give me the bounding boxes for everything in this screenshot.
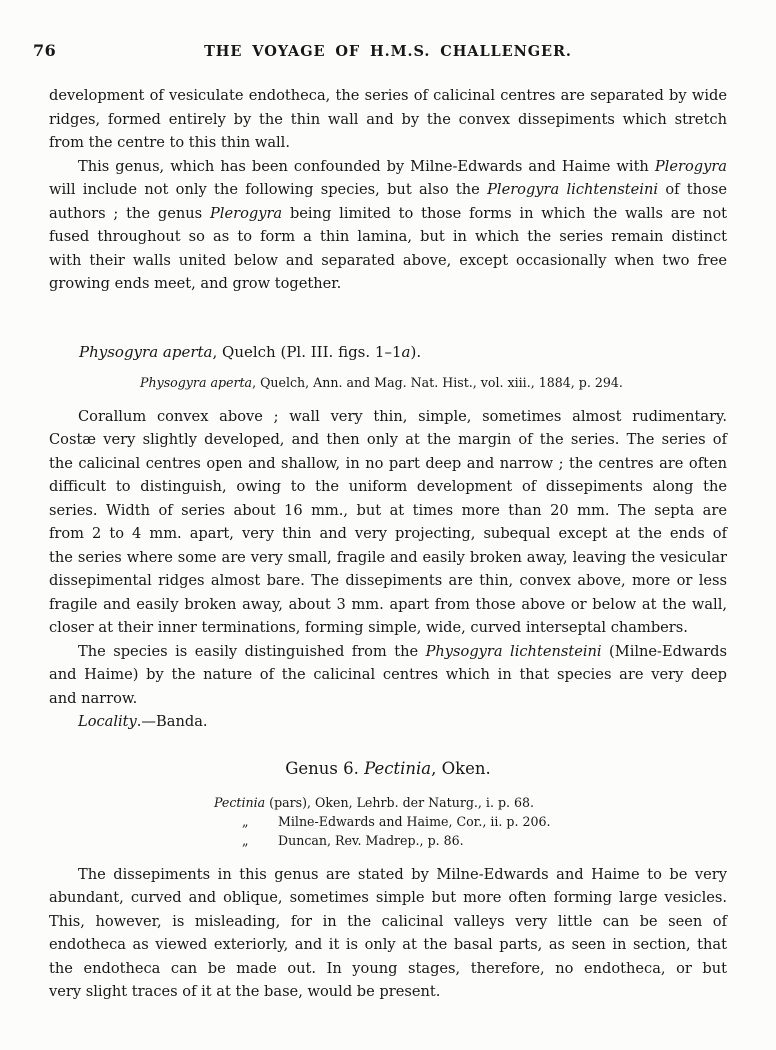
italic-text: Plerogyra [210,205,282,222]
page-content: development of vesiculate endotheca, the… [49,84,727,1004]
paragraph-continuation: development of vesiculate endotheca, the… [49,84,727,155]
text-line: abundant, curved and oblique, sometimes … [49,886,727,910]
text-line: closer at their inner terminations, form… [49,616,727,640]
text-segment: The dissepiments in this genus are state… [78,866,727,883]
text-line: Locality.—Banda. [49,710,727,734]
text-segment: closer at their inner terminations, form… [49,619,688,636]
italic-text: Pectinia [214,795,265,810]
text-segment: from 2 to 4 mm. apart, very thin and ver… [49,525,727,542]
text-line: and Haime) by the nature of the calicina… [49,663,727,687]
reference-citation: „Duncan, Rev. Madrep., p. 86. [49,831,727,850]
text-segment: ). [410,343,421,361]
text-segment: series. Width of series about 16 mm., bu… [49,502,727,519]
text-segment: being limited to those forms in which th… [282,205,727,222]
text-line: ridges, formed entirely by the thin wall… [49,108,727,132]
text-segment: authors ; the genus [49,205,210,222]
text-segment: from the centre to this thin wall. [49,134,290,151]
italic-text: Physogyra aperta [140,375,252,390]
text-segment: Costæ very slightly developed, and then … [49,431,727,448]
text-line: the calicinal centres open and shallow, … [49,452,727,476]
text-line: fragile and easily broken away, about 3 … [49,593,727,617]
italic-text: Physogyra lichtensteini [426,643,602,660]
text-segment: endotheca as viewed exteriorly, and it i… [49,936,727,953]
text-segment: Corallum convex above ; wall very thin, … [78,408,727,425]
text-segment: Genus 6. [285,759,364,778]
text-line: development of vesiculate endotheca, the… [49,84,727,108]
running-header: THE VOYAGE OF H.M.S. CHALLENGER. [60,43,716,60]
text-segment: and narrow. [49,690,137,707]
text-line: series. Width of series about 16 mm., bu… [49,499,727,523]
text-line: The dissepiments in this genus are state… [49,863,727,887]
text-line: from 2 to 4 mm. apart, very thin and ver… [49,522,727,546]
text-segment: the calicinal centres open and shallow, … [49,455,727,472]
text-line: The species is easily distinguished from… [49,640,727,664]
text-line: from the centre to this thin wall. [49,131,727,155]
text-segment: fragile and easily broken away, about 3 … [49,596,727,613]
text-line: fused throughout so as to form a thin la… [49,225,727,249]
text-segment: dissepimental ridges almost bare. The di… [49,572,727,589]
text-segment: growing ends meet, and grow together. [49,275,341,292]
ditto-mark: „ [242,831,278,850]
italic-text: Pectinia [364,759,431,778]
species-reference-citation: Physogyra aperta, Quelch, Ann. and Mag. … [49,374,727,392]
text-line: endotheca as viewed exteriorly, and it i… [49,933,727,957]
paragraph-genus-dissepiments: The dissepiments in this genus are state… [49,863,727,1004]
reference-citation: Pectinia (pars), Oken, Lehrb. der Naturg… [49,793,727,812]
page-number: 76 [33,41,56,60]
text-segment: fused throughout so as to form a thin la… [49,228,727,245]
citation-text: Duncan, Rev. Madrep., p. 86. [278,833,464,848]
italic-text: Plerogyra [655,158,727,175]
text-segment: , Quelch, Ann. and Mag. Nat. Hist., vol.… [252,375,623,390]
text-line: the endotheca can be made out. In young … [49,957,727,981]
text-segment: of those [658,181,727,198]
text-segment: development of vesiculate endotheca, the… [49,87,727,104]
text-line: will include not only the following spec… [49,178,727,202]
text-segment: , Oken. [431,759,491,778]
italic-text: Physogyra aperta [79,343,212,361]
reference-citation: „Milne-Edwards and Haime, Cor., ii. p. 2… [49,812,727,831]
text-line: very slight traces of it at the base, wo… [49,980,727,1004]
species-heading: Physogyra aperta, Quelch (Pl. III. figs.… [49,342,727,363]
text-segment: ridges, formed entirely by the thin wall… [49,111,727,128]
text-segment: and Haime) by the nature of the calicina… [49,666,727,683]
text-line: authors ; the genus Plerogyra being limi… [49,202,727,226]
text-segment: very slight traces of it at the base, wo… [49,983,440,1000]
citation-text: Milne-Edwards and Haime, Cor., ii. p. 20… [278,814,551,829]
text-segment: with their walls united below and separa… [49,252,727,269]
paragraph-species-description: Corallum convex above ; wall very thin, … [49,405,727,640]
text-segment: , Quelch (Pl. III. figs. 1–1 [212,343,401,361]
text-line: with their walls united below and separa… [49,249,727,273]
text-line: the series where some are very small, fr… [49,546,727,570]
text-line: growing ends meet, and grow together. [49,272,727,296]
text-segment: (Milne-Edwards [602,643,727,660]
text-line: This genus, which has been confounded by… [49,155,727,179]
paragraph-genus-discussion: This genus, which has been confounded by… [49,155,727,296]
text-segment: This genus, which has been confounded by… [78,158,655,175]
text-segment: difficult to distinguish, owing to the u… [49,478,727,495]
text-line: Corallum convex above ; wall very thin, … [49,405,727,429]
text-line: difficult to distinguish, owing to the u… [49,475,727,499]
italic-text: Plerogyra lichtensteini [487,181,658,198]
italic-text: Locality [78,713,137,730]
genus-synonymy-list: Pectinia (pars), Oken, Lehrb. der Naturg… [49,793,727,850]
locality-line: Locality.—Banda. [49,710,727,734]
text-segment: .—Banda. [137,713,208,730]
text-segment: abundant, curved and oblique, sometimes … [49,889,727,906]
ditto-mark: „ [242,812,278,831]
text-segment: will include not only the following spec… [49,181,487,198]
book-page: 76 THE VOYAGE OF H.M.S. CHALLENGER. deve… [0,0,776,1050]
text-line: Costæ very slightly developed, and then … [49,428,727,452]
text-line: This, however, is misleading, for in the… [49,910,727,934]
text-segment: This, however, is misleading, for in the… [49,913,727,930]
genus-heading: Genus 6. Pectinia, Oken. [49,758,727,780]
text-segment: Duncan, Rev. Madrep., p. 86. [278,833,464,848]
text-segment: The species is easily distinguished from… [78,643,426,660]
text-segment: Milne-Edwards and Haime, Cor., ii. p. 20… [278,814,551,829]
text-segment: (pars), Oken, Lehrb. der Naturg., i. p. … [265,795,534,810]
text-line: dissepimental ridges almost bare. The di… [49,569,727,593]
text-segment: the series where some are very small, fr… [49,549,727,566]
text-segment: the endotheca can be made out. In young … [49,960,727,977]
text-line: and narrow. [49,687,727,711]
paragraph-species-comparison: The species is easily distinguished from… [49,640,727,711]
